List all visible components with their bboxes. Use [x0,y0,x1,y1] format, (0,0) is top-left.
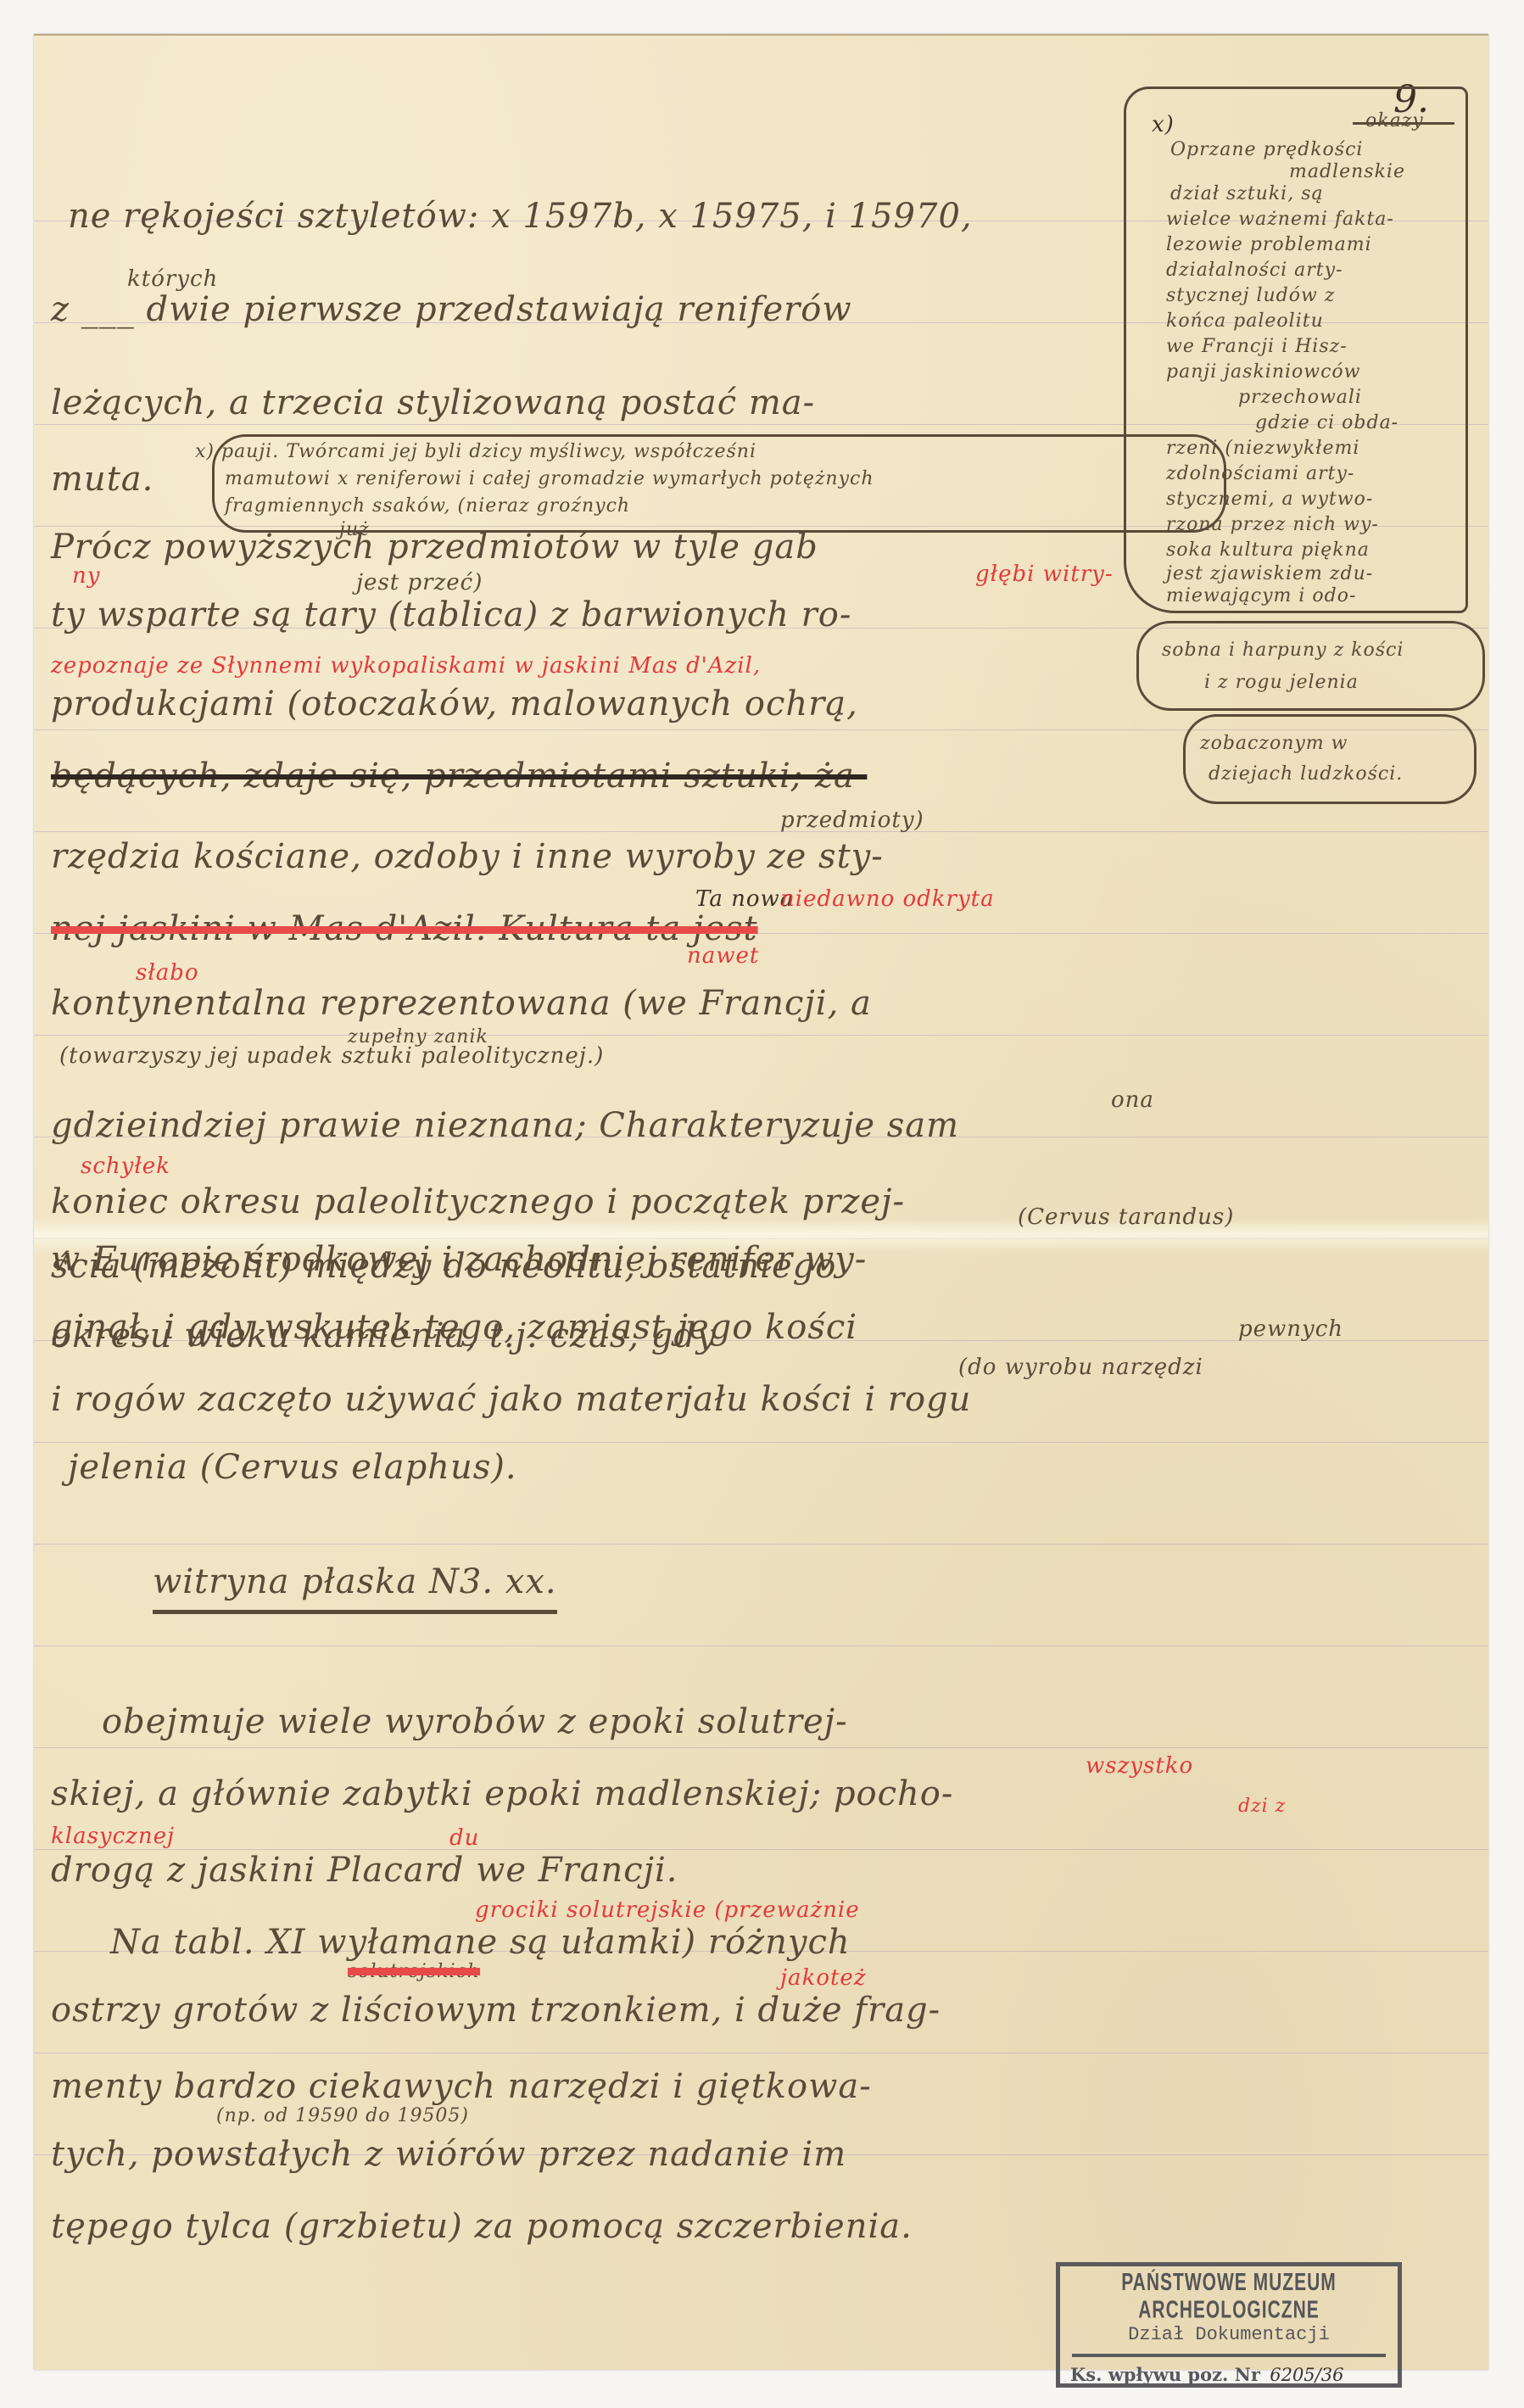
margin-note-line: stycznemi, a wytwo- [1166,489,1373,510]
ruled-line [34,2053,1488,2053]
correction-insertion: nawet [687,943,759,969]
text-line: kontynentalna reprezentowana (we Francji… [51,984,872,1023]
inserted-note-line: fragmiennych ssaków, (nieraz groźnych [225,495,630,517]
section-heading: witryna płaska N3. xx. [153,1562,557,1614]
text-line: muta. [51,460,154,499]
text-line: ty wsparte są tary (tablica) z barwionyc… [51,595,851,634]
stamp-institution: PAŃSTWOWE MUZEUM ARCHEOLOGICZNE [1060,2270,1398,2325]
text-line: produkcjami (otoczaków, malowanych ochrą… [51,684,858,724]
text-line: i rogów zaczęto używać jako materjału ko… [51,1380,971,1419]
correction-insertion: jakoteż [780,1965,867,1991]
margin-note-line: madlenskie [1289,161,1405,182]
text-line: ne rękojeści sztyletów: x 1597b, x 15975… [68,197,973,236]
manuscript-page: 9. ne rękojeści sztyletów: x 1597b, x 15… [34,34,1488,2370]
correction-insertion: klasycznej [51,1824,175,1849]
ruled-line [34,1035,1488,1036]
margin-note-line: sobna i harpuny z kości [1162,640,1404,661]
ruled-line [34,1645,1488,1646]
margin-note-line: i z rogu jelenia [1204,672,1359,693]
correction-insertion: schyłek [81,1154,170,1179]
text-line: z ___ dwie pierwsze przedstawiają renife… [51,290,852,329]
margin-note-line: jest zjawiskiem zdu- [1166,563,1373,584]
correction-insertion: grociki solutrejskie (przeważnie [475,1897,860,1923]
text-line: skiej, a głównie zabytki epoki madlenski… [51,1774,953,1813]
ruled-line [34,1544,1488,1545]
margin-note-line: dział sztuki, są [1170,183,1324,204]
stamp-department: Dział Dokumentacji [1060,2324,1398,2345]
ruled-line [34,1849,1488,1850]
text-line: gdzieindziej prawie nieznana; Charaktery… [51,1106,959,1145]
margin-note-line: rzona przez nich wy- [1166,514,1379,535]
text-line: koniec okresu paleolitycznego i początek… [51,1182,905,1221]
text-line: tępego tylca (grzbietu) za pomocą szczer… [51,2207,913,2246]
text-line: ostrzy grotów z liściowym trzonkiem, i d… [51,1991,941,2030]
correction-insertion: dzi z [1238,1796,1286,1817]
margin-note-line: przechowali [1238,387,1362,408]
text-line: nej jaskini w Mas d'Azil. Kultura ta jes… [51,909,758,948]
inserted-note-line: x) pauji. Twórcami jej byli dzicy myśliw… [195,441,756,462]
text-line: w Europie środkowej i zachodniej renifer… [51,1240,867,1279]
margin-note-line: zdolnościami arty- [1166,463,1354,484]
text-line: ginął, i gdy wskutek tego, zamiast jego … [51,1308,857,1347]
ruled-line [34,1747,1488,1748]
margin-note-line: miewającym i odo- [1166,585,1356,606]
text-line: leżących, a trzecia stylizowaną postać m… [51,383,815,422]
margin-note-line: gdzie ci obda- [1255,412,1398,433]
insertion: których [127,266,218,292]
margin-note-line: dziejach ludzkości. [1209,763,1403,785]
struck-insertion: solutrejskich [348,1961,480,1982]
insertion: przedmioty) [780,807,924,833]
text-line: jelenia (Cervus elaphus). [68,1448,517,1487]
text-line: obejmuje wiele wyrobów z epoki solutrej- [102,1702,848,1741]
text-line: Na tabl. XI wyłamane są ułamki) różnych [110,1923,851,1962]
stamp-entry-number: 6205/36 [1266,2365,1347,2387]
correction-insertion: słabo [136,960,199,986]
struck-text-line: będących, zdaje się, przedmiotami sztuki… [51,757,867,796]
insertion: pewnych [1238,1316,1343,1342]
text-line: menty bardzo ciekawych narzędzi i giętko… [51,2067,872,2106]
insertion: jest przeć) [356,570,483,595]
margin-note-line: działalności arty- [1166,260,1343,281]
text-line: (towarzyszy jej upadek sztuki paleolityc… [59,1043,604,1069]
margin-note-marker: x) [1152,112,1175,137]
margin-note-line: panji jaskiniowców [1166,361,1361,383]
margin-note-line: wielce ważnemi fakta- [1166,209,1394,230]
stamp-entry-label: Ks. wpływu poz. Nr [1070,2364,1260,2385]
insertion: (do wyrobu narzędzi [958,1355,1203,1380]
margin-note-box-bottom [1183,714,1477,804]
insertion: (Cervus tarandus) [1018,1204,1234,1230]
margin-note-line: końca paleolitu [1166,310,1324,332]
margin-note-line: we Francji i Hisz- [1166,336,1348,357]
correction-insertion: ny [72,563,100,589]
ruled-line [34,831,1488,832]
ruled-line [34,1442,1488,1443]
margin-note-line: stycznej ludów z [1166,285,1335,306]
margin-note-line: rzeni (niezwykłemi [1166,438,1359,459]
correction-insertion: du [449,1825,479,1851]
correction-insertion: wszystko [1086,1753,1193,1779]
correction-insertion: głębi witry- [975,561,1114,587]
inserted-note-line: mamutowi x reniferowi i całej gromadzie … [225,468,874,489]
text-line: tych, powstałych z wiórów przez nadanie … [51,2135,846,2174]
insertion: (np. od 19590 do 19505) [216,2105,469,2126]
margin-note-box-lower [1136,621,1485,711]
archive-stamp: PAŃSTWOWE MUZEUM ARCHEOLOGICZNE Dział Do… [1056,2262,1402,2388]
text-line: drogą z jaskini Placard we Francji. [51,1851,678,1890]
margin-note-line: soka kultura piękna [1166,539,1370,561]
margin-note-line: okazy [1365,110,1424,131]
insertion: Ta nowa [695,886,794,912]
margin-note-line: Oprzane prędkości [1170,139,1363,160]
stamp-entry: Ks. wpływu poz. Nr 6205/36 [1060,2364,1398,2385]
margin-note-line: zobaczonym w [1200,733,1348,754]
correction-line: zepoznaje ze Słynnemi wykopaliskami w ja… [51,653,761,679]
insertion: ona [1111,1087,1154,1113]
text-line: rzędzia kościane, ozdoby i inne wyroby z… [51,837,884,876]
margin-note-line: lezowie problemami [1166,234,1372,255]
correction-insertion: niedawno odkryta [780,886,995,912]
text-line: Prócz powyższych przedmiotów w tyle gab [51,528,818,567]
stamp-divider [1072,2354,1386,2357]
